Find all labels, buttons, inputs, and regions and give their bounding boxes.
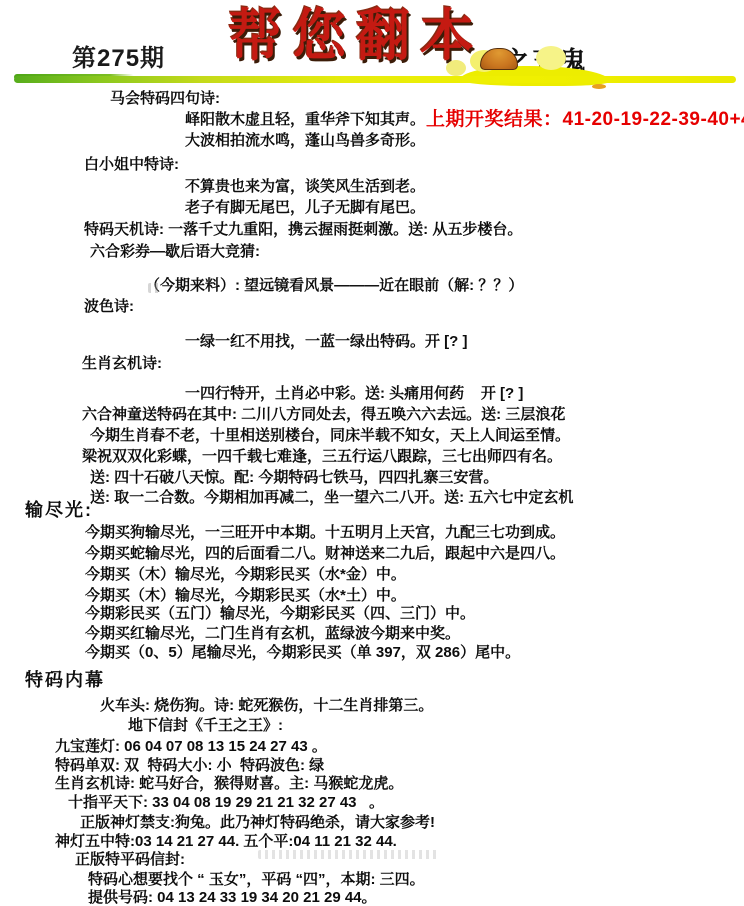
neimu-line: 特码心想要找个 “ 玉女”，平码 “四”，本期: 三四。: [88, 871, 425, 889]
neimu-line: 九宝莲灯: 06 04 07 08 13 15 24 27 43 。: [55, 738, 327, 756]
mahui-poem-line: 峄阳散木虚且轻，重华斧下知其声。: [185, 111, 425, 129]
neimu-heading: 特码内幕: [25, 666, 105, 692]
neimu-line: 神灯五中特:03 14 21 27 44. 五个平:04 11 21 32 44…: [55, 833, 397, 851]
poem-extra-line: 今期生肖春不老，十里相送别楼台，同床半载不知女，天上人间运至情。: [90, 427, 570, 445]
tianji-poem-line: 特码天机诗: 一落千丈九重阳，携云握雨挺刺激。送: 从五步楼台。: [84, 221, 522, 239]
faint-marks: [258, 850, 438, 859]
shentong-line: 六合神童送特码在其中: 二川八方同处去，得五唤六六去远。送: 三层浪花: [82, 406, 565, 424]
lottery-tip-sheet: 第275期 帮您翻本 之五鬼 上期开奖结果：41-20-19-22-39-40+…: [0, 0, 744, 906]
bose-poem-label: 波色诗:: [84, 298, 134, 316]
shujinguang-line: 今期买狗输尽光，一三旺开中本期。十五明月上天宫，九配三七功到成。: [85, 524, 565, 542]
baixiaojie-poem-line: 不算贵也来为富，谈笑风生活到老。: [185, 178, 425, 196]
neimu-line: 生肖玄机诗: 蛇马好合，猴得财喜。主: 马猴蛇龙虎。: [55, 775, 403, 793]
neimu-line: 十指平天下: 33 04 08 19 29 21 21 32 27 43 。: [68, 794, 384, 812]
orange-dash-shape: [592, 84, 606, 89]
xiehouyu-label: 六合彩券—歇后语大竞猜:: [90, 243, 260, 261]
neimu-line: 正版特平码信封:: [75, 851, 185, 869]
shujinguang-line: 今期买蛇输尽光，四的后面看二八。财神送来二九后，跟起中六是四八。: [85, 545, 565, 563]
shengxiao-poem-line: 一四行特开，土肖必中彩。送: 头痛用何药 开 [? ]: [185, 385, 523, 403]
shujinguang-line: 今期买（木）输尽光，今期彩民买（水*金）中。: [85, 566, 406, 584]
neimu-line: 提供号码: 04 13 24 33 19 34 20 21 29 44。: [88, 889, 377, 906]
last-result-label: 上期开奖结果：: [426, 109, 563, 130]
neimu-line: 地下信封《千王之王》:: [128, 717, 283, 735]
mahui-poem-line: 大波相拍流水鸣，蓬山鸟兽多奇形。: [185, 132, 425, 150]
orange-mound-shape: [480, 48, 518, 70]
bose-poem-line: 一绿一红不用找，一蓝一绿出特码。开 [? ]: [185, 333, 468, 351]
shujinguang-heading: 输尽光:: [25, 496, 93, 522]
last-draw-result: 上期开奖结果：41-20-19-22-39-40+44: [426, 104, 744, 131]
issue-number: 第275期: [72, 38, 165, 73]
shengxiao-poem-label: 生肖玄机诗:: [82, 355, 162, 373]
neimu-line: 火车头: 烧伤狗。诗: 蛇死猴伤，十二生肖排第三。: [100, 697, 433, 715]
shujinguang-line: 今期买红输尽光，二门生肖有玄机，蓝绿波今期来中奖。: [85, 625, 460, 643]
laihao-line: （今期来料）: 望远镜看风景———近在眼前（解: ？？）: [145, 277, 523, 295]
shujinguang-line: 今期买（0、5）尾输尽光，今期彩民买（单 397，双 286）尾中。: [85, 644, 520, 662]
baixiaojie-poem-label: 白小姐中特诗:: [84, 156, 179, 174]
shujinguang-line: 今期买（木）输尽光，今期彩民买（水*土）中。: [85, 587, 406, 605]
shujinguang-line: 今期彩民买（五门）输尽光，今期彩民买（四、三门）中。: [85, 605, 475, 623]
poem-extra-line: 送: 四十石破八天惊。配: 今期特码七铁马，四四扎寨三安营。: [90, 469, 498, 487]
last-result-value: 41-20-19-22-39-40+44: [563, 109, 744, 130]
poem-extra-line: 梁祝双双化彩蝶，一四千载七难逢，三五行运八跟踪，三七出师四有名。: [82, 448, 562, 466]
faint-marks: [148, 283, 161, 293]
poem-extra-line: 送: 取一二合数。今期相加再减二，坐一望六二八开。送: 五六七中定玄机: [90, 489, 573, 507]
baixiaojie-poem-line: 老子有脚无尾巴，儿子无脚有尾巴。: [185, 199, 425, 217]
neimu-line: 正版神灯禁支:狗兔。此乃神灯特码绝杀，请大家参考!: [80, 814, 435, 832]
mahui-poem-label: 马会特码四句诗:: [110, 90, 220, 108]
yellow-circle-shape: [446, 60, 466, 76]
yellow-circle-shape: [536, 46, 566, 70]
header-divider: [14, 76, 736, 83]
neimu-line: 特码单双: 双 特码大小: 小 特码波色: 绿: [55, 757, 324, 775]
